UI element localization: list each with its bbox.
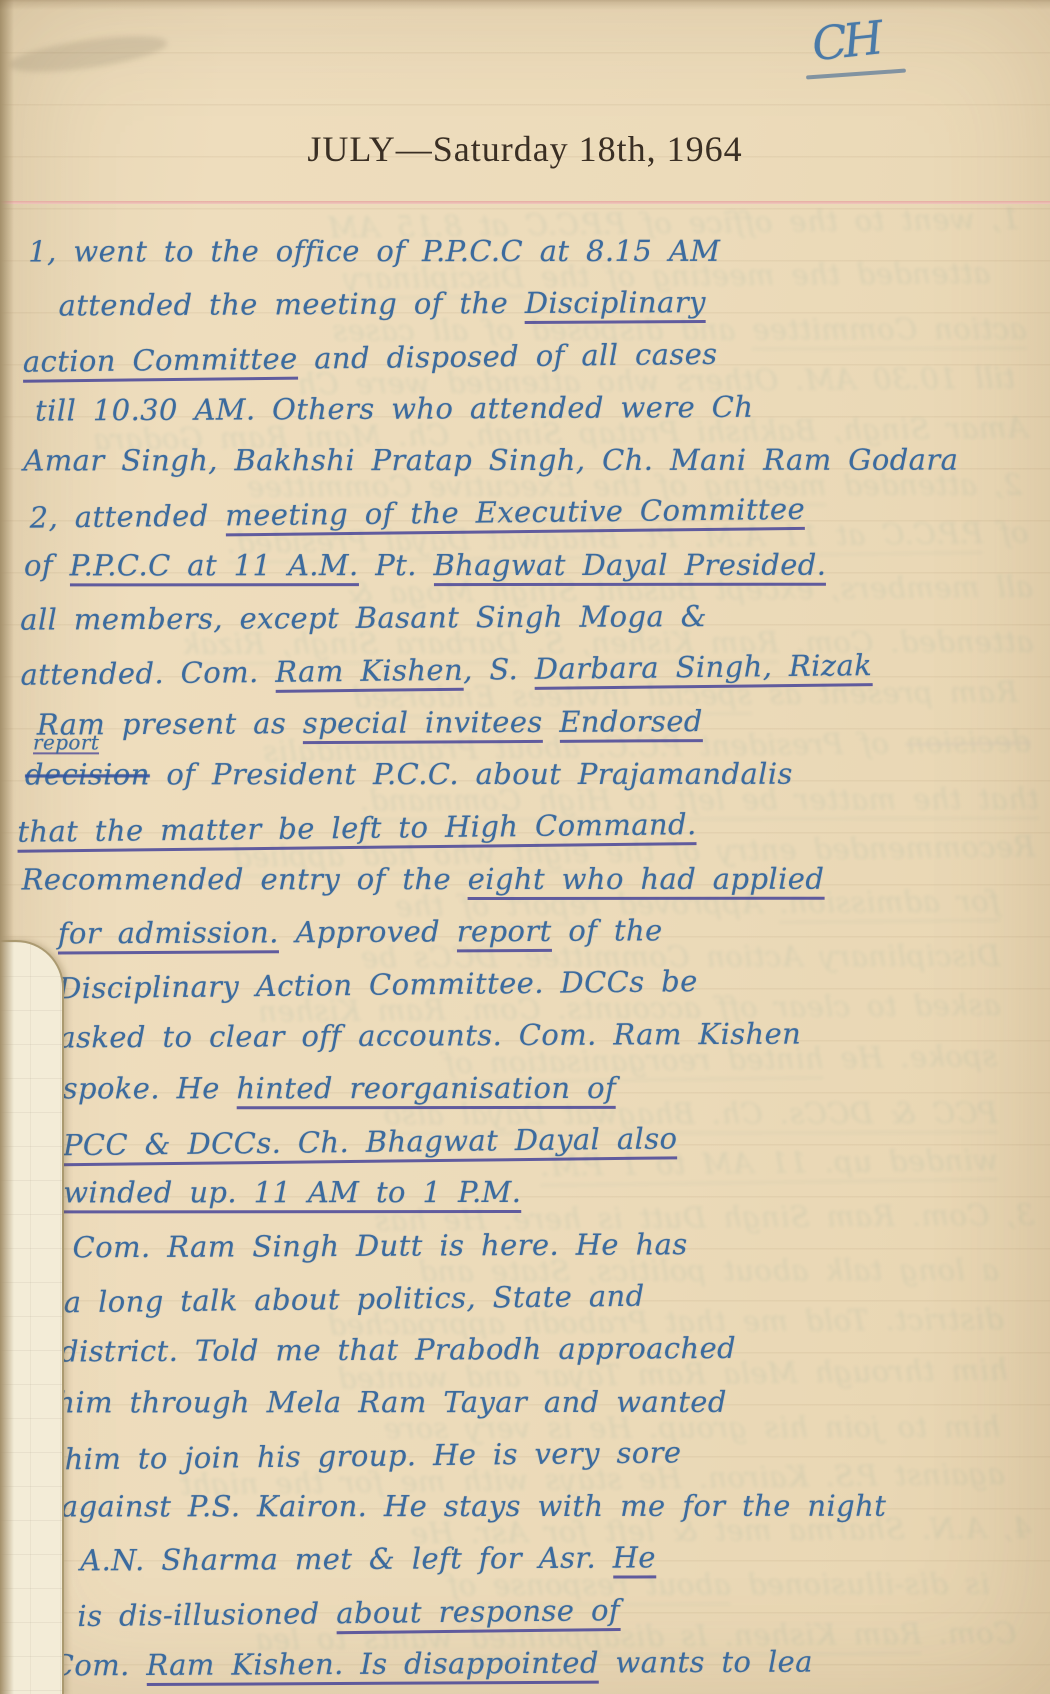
underlined-text: hinted reorganisation of — [236, 1071, 616, 1109]
handwritten-text: 3, Com. Ram Singh Dutt is here. He has — [27, 1227, 687, 1264]
handwritten-text: 4, A.N. Sharma met & left for Asr. — [35, 1541, 613, 1578]
handwritten-line: till 10.30 AM. Others who attended were … — [15, 380, 1035, 438]
struck-word: decision — [25, 757, 150, 791]
underlined-text: about response of — [336, 1593, 620, 1634]
handwritten-line: spoke. He hinted reorganisation of — [19, 1062, 1039, 1115]
underlined-text: Endorsed — [559, 704, 703, 743]
header-rule — [0, 201, 1050, 204]
handwritten-text: spoke. He — [63, 1071, 237, 1105]
handwritten-text: him to join his group. He is very sore — [64, 1435, 681, 1476]
handwritten-line: attended the meeting of the Disciplinary — [14, 276, 1034, 334]
handwritten-line: Ram present as special invitees Endorsed — [17, 694, 1037, 752]
handwritten-text: wants to lea — [599, 1645, 813, 1680]
handwritten-text: of President P.C.C. about Prajamandalis — [150, 757, 793, 792]
handwritten-text: attended. Com. — [20, 655, 275, 692]
handwritten-text: all members, except Basant Singh Moga & — [20, 599, 707, 637]
handwritten-text — [543, 705, 560, 739]
diary-page: 1, went to the office of P.P.C.C at 8.15… — [0, 0, 1050, 1694]
handwritten-line: Com. Ram Kishen. Is disappointed wants t… — [22, 1635, 1042, 1693]
handwritten-line: Disciplinary Action Committee. DCCs be — [18, 952, 1039, 1016]
underlined-text: for admission. — [58, 915, 279, 954]
handwritten-text: and disposed of all cases — [297, 336, 717, 375]
handwritten-text: against P.S. Kairon. He stays with me fo… — [61, 1489, 886, 1524]
handwritten-text: till 10.30 AM. Others who attended were … — [35, 390, 753, 428]
handwritten-line: him to join his group. He is very sore — [20, 1423, 1041, 1487]
underlined-text: Ram Kishen — [275, 653, 463, 693]
handwritten-text: , S. — [463, 652, 535, 687]
handwritten-text: him through Mela Ram Tayar and wanted — [56, 1384, 726, 1419]
handwritten-text: Amar Singh, Bakhshi Pratap Singh, Ch. Ma… — [23, 443, 958, 478]
underlined-text: that the matter be left to High Command. — [17, 807, 697, 853]
handwritten-text: of — [24, 548, 70, 582]
handwritten-line: decisionreport of President P.C.C. about… — [17, 749, 1037, 802]
handwritten-line: 2, attended meeting of the Executive Com… — [15, 482, 1036, 546]
handwritten-line: of P.P.C.C at 11 A.M. Pt. Bhagwat Dayal … — [16, 539, 1036, 592]
handwritten-line: winded up. 11 AM to 1 P.M. — [19, 1167, 1039, 1220]
handwritten-text: a long talk about politics, State and — [64, 1279, 645, 1320]
handwritten-line: is dis-illusioned about response of — [21, 1580, 1042, 1644]
underlined-text: PCC & DCCs. Ch. Bhagwat Dayal also — [63, 1121, 678, 1166]
handwritten-line: a long talk about politics, State and — [20, 1266, 1041, 1330]
handwritten-line: district. Told me that Prabodh approache… — [20, 1322, 1040, 1380]
inserted-word: report — [33, 732, 99, 754]
handwritten-line: PCC & DCCs. Ch. Bhagwat Dayal also — [19, 1109, 1040, 1173]
handwritten-line: all members, except Basant Singh Moga & — [16, 589, 1036, 647]
handwritten-line: that the matter be left to High Command. — [17, 795, 1038, 859]
underlined-text: He — [613, 1541, 656, 1579]
underlined-text: action Committee — [23, 341, 298, 382]
scan-smudge — [7, 29, 169, 79]
underlined-text: Darbara Singh, Rizak — [535, 648, 873, 690]
handwritten-entry: 1, went to the office of P.P.C.C at 8.15… — [14, 223, 1042, 1693]
page-left-edge — [0, 0, 14, 1694]
handwritten-line: asked to clear off accounts. Com. Ram Ki… — [18, 1008, 1038, 1066]
printed-date-header: JULY—Saturday 18th, 1964 — [0, 128, 1050, 170]
handwritten-text: of the — [552, 913, 663, 948]
handwritten-text: Com. — [52, 1648, 147, 1682]
handwritten-text: Approved — [279, 914, 457, 949]
handwritten-text: attended the meeting of the — [58, 286, 524, 322]
handwritten-text: 1, went to the office of P.P.C.C at 8.15… — [28, 234, 720, 269]
underlined-text: Ram Kishen. Is disappointed — [146, 1646, 599, 1686]
handwritten-line: attended. Com. Ram Kishen, S. Darbara Si… — [16, 639, 1037, 703]
underlined-text: special invitees — [303, 705, 543, 744]
underlined-text: meeting of the Executive Committee — [225, 492, 805, 537]
underlined-text: winded up. 11 AM to 1 P.M. — [63, 1175, 521, 1213]
underlined-text: eight who had applied — [468, 861, 825, 899]
handwritten-line: Amar Singh, Bakhshi Pratap Singh, Ch. Ma… — [15, 435, 1035, 488]
corner-monogram: CH — [809, 11, 882, 72]
handwritten-text: is dis-illusioned — [77, 1596, 336, 1633]
handwritten-text: asked to clear off accounts. Com. Ram Ki… — [58, 1017, 801, 1055]
underlined-text: Disciplinary — [525, 285, 706, 324]
handwritten-line: for admission. Approved report of the — [18, 903, 1038, 961]
handwritten-text: 2, attended — [29, 499, 225, 535]
handwritten-text: district. Told me that Prabodh approache… — [60, 1331, 736, 1369]
underlined-text: report — [457, 914, 552, 952]
handwritten-line: action Committee and disposed of all cas… — [15, 325, 1036, 389]
handwritten-line: Recommended entry of the eight who had a… — [18, 853, 1038, 906]
handwritten-text: Disciplinary Action Committee. DCCs be — [58, 964, 698, 1005]
handwritten-line: 4, A.N. Sharma met & left for Asr. He — [21, 1531, 1041, 1589]
page-top-edge — [0, 0, 1050, 10]
handwritten-line: him through Mela Ram Tayar and wanted — [20, 1376, 1040, 1429]
handwritten-line: 3, Com. Ram Singh Dutt is here. He has — [19, 1217, 1039, 1275]
handwritten-line: 1, went to the office of P.P.C.C at 8.15… — [14, 226, 1034, 279]
handwritten-line: against P.S. Kairon. He stays with me fo… — [21, 1481, 1041, 1534]
handwritten-text: Pt. — [359, 548, 434, 582]
underlined-text: Bhagwat Dayal Presided. — [433, 548, 826, 586]
handwritten-text: Recommended entry of the — [22, 862, 468, 896]
underlined-text: P.P.C.C at 11 A.M. — [70, 548, 359, 586]
